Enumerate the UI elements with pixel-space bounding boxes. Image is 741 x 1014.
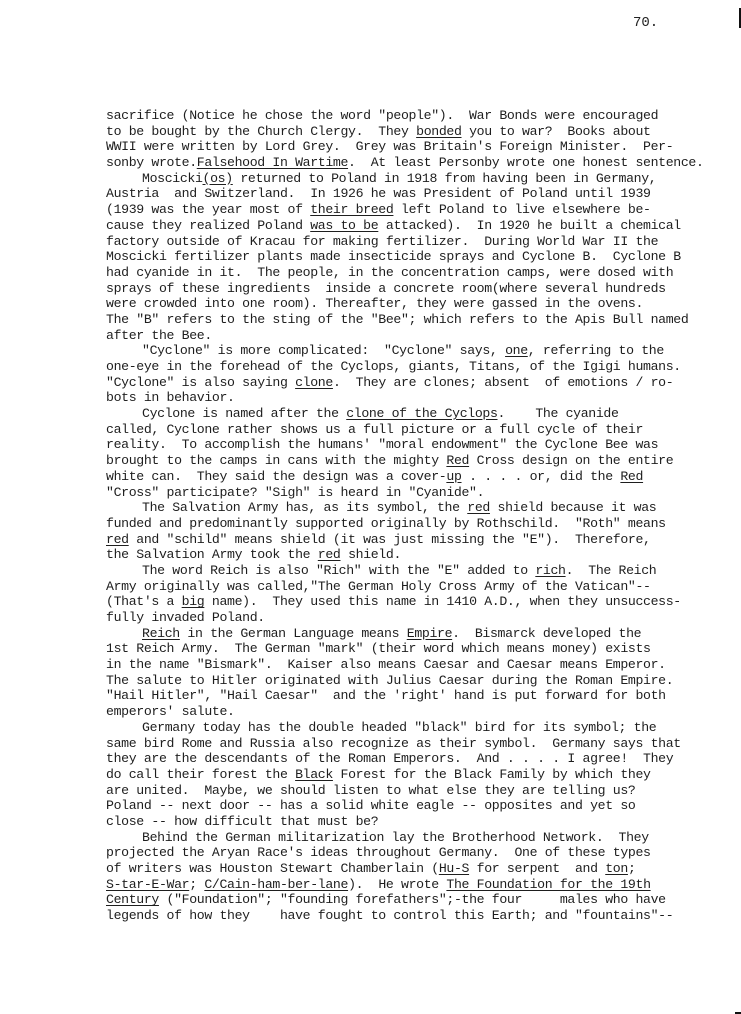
text-segment: close -- how difficult that must be?: [106, 814, 378, 829]
text-segment: of writers was Houston Stewart Chamberla…: [106, 861, 439, 876]
underlined-text: one: [505, 343, 528, 358]
text-segment: . They are clones; absent of emotions / …: [333, 375, 673, 390]
text-line: S-tar-E-War; C/Cain-ham-ber-lane). He wr…: [106, 877, 706, 893]
text-segment: ;: [189, 877, 204, 892]
text-segment: white can. They said the design was a co…: [106, 469, 446, 484]
text-line: emperors' salute.: [106, 704, 706, 720]
text-segment: . The Reich: [566, 563, 657, 578]
text-segment: "Cross" participate? "Sigh" is heard in …: [106, 485, 484, 500]
underlined-text: Reich: [142, 626, 180, 641]
text-line: factory outside of Kracau for making fer…: [106, 234, 706, 250]
body-text: sacrifice (Notice he chose the word "peo…: [106, 108, 706, 924]
underlined-text: Empire: [407, 626, 452, 641]
text-line: The salute to Hitler originated with Jul…: [106, 673, 706, 689]
text-segment: Forest for the Black Family by which the…: [333, 767, 651, 782]
text-line: (That's a big name). They used this name…: [106, 594, 706, 610]
text-line: WWII were written by Lord Grey. Grey was…: [106, 139, 706, 155]
text-segment: ;: [628, 861, 636, 876]
document-page: 70. sacrifice (Notice he chose the word …: [0, 0, 741, 1014]
underlined-text: rich: [535, 563, 565, 578]
text-segment: ). He wrote: [348, 877, 446, 892]
text-line: of writers was Houston Stewart Chamberla…: [106, 861, 706, 877]
underlined-text: clone of the Cyclops: [346, 406, 497, 421]
text-line: "Cyclone" is more complicated: "Cyclone"…: [106, 343, 706, 359]
text-segment: The word Reich is also "Rich" with the "…: [142, 563, 535, 578]
text-segment: called, Cyclone rather shows us a full p…: [106, 422, 643, 437]
text-segment: Army originally was called,"The German H…: [106, 579, 651, 594]
underlined-text: Black: [295, 767, 333, 782]
text-segment: ("Foundation"; "founding forefathers";-t…: [159, 892, 666, 907]
underlined-text: up: [446, 469, 461, 484]
text-segment: to be bought by the Church Clergy. They: [106, 124, 416, 139]
underlined-text: red: [467, 500, 490, 515]
text-line: Army originally was called,"The German H…: [106, 579, 706, 595]
text-segment: Cross design on the entire: [469, 453, 673, 468]
text-segment: The "B" refers to the sting of the "Bee"…: [106, 312, 688, 327]
text-segment: one-eye in the forehead of the Cyclops, …: [106, 359, 681, 374]
text-segment: after the Bee.: [106, 328, 212, 343]
text-line: called, Cyclone rather shows us a full p…: [106, 422, 706, 438]
underlined-text: C/Cain-ham-ber-lane: [204, 877, 348, 892]
text-line: The Salvation Army has, as its symbol, t…: [106, 500, 706, 516]
text-segment: cause they realized Poland: [106, 218, 310, 233]
text-segment: sprays of these ingredients inside a con…: [106, 281, 666, 296]
text-segment: same bird Rome and Russia also recognize…: [106, 736, 681, 751]
text-line: Cyclone is named after the clone of the …: [106, 406, 706, 422]
text-line: The word Reich is also "Rich" with the "…: [106, 563, 706, 579]
text-segment: , referring to the: [528, 343, 664, 358]
text-line: fully invaded Poland.: [106, 610, 706, 626]
text-segment: 1st Reich Army. The German "mark" (their…: [106, 641, 651, 656]
text-segment: WWII were written by Lord Grey. Grey was…: [106, 139, 673, 154]
text-line: close -- how difficult that must be?: [106, 814, 706, 830]
text-line: Moscicki fertilizer plants made insectic…: [106, 249, 706, 265]
underlined-text: Red: [446, 453, 469, 468]
text-line: (1939 was the year most of their breed l…: [106, 202, 706, 218]
text-segment: shield.: [341, 547, 402, 562]
text-line: one-eye in the forehead of the Cyclops, …: [106, 359, 706, 375]
text-line: "Cyclone" is also saying clone. They are…: [106, 375, 706, 391]
text-segment: bots in behavior.: [106, 390, 235, 405]
text-segment: had cyanide in it. The people, in the co…: [106, 265, 673, 280]
text-line: they are the descendants of the Roman Em…: [106, 751, 706, 767]
text-line: "Cross" participate? "Sigh" is heard in …: [106, 485, 706, 501]
underlined-text: (os): [203, 171, 233, 186]
text-line: cause they realized Poland was to be att…: [106, 218, 706, 234]
underlined-text: red: [318, 547, 341, 562]
text-segment: Cyclone is named after the: [142, 406, 346, 421]
text-segment: do call their forest the: [106, 767, 295, 782]
underlined-text: was to be: [310, 218, 378, 233]
text-line: Behind the German militarization lay the…: [106, 830, 706, 846]
text-segment: are united. Maybe, we should listen to w…: [106, 783, 635, 798]
text-line: funded and predominantly supported origi…: [106, 516, 706, 532]
text-segment: were crowded into one room). Thereafter,…: [106, 296, 643, 311]
text-segment: sonby wrote.: [106, 155, 197, 170]
text-line: the Salvation Army took the red shield.: [106, 547, 706, 563]
text-segment: . At least Personby wrote one honest sen…: [348, 155, 704, 170]
text-line: sacrifice (Notice he chose the word "peo…: [106, 108, 706, 124]
text-line: The "B" refers to the sting of the "Bee"…: [106, 312, 706, 328]
text-line: are united. Maybe, we should listen to w…: [106, 783, 706, 799]
text-line: projected the Aryan Race's ideas through…: [106, 845, 706, 861]
text-segment: Behind the German militarization lay the…: [142, 830, 649, 845]
text-line: legends of how they have fought to contr…: [106, 908, 706, 924]
text-segment: . The cyanide: [498, 406, 619, 421]
text-line: Poland -- next door -- has a solid white…: [106, 798, 706, 814]
text-line: same bird Rome and Russia also recognize…: [106, 736, 706, 752]
text-line: white can. They said the design was a co…: [106, 469, 706, 485]
text-segment: name). They used this name in 1410 A.D.,…: [204, 594, 681, 609]
text-segment: for serpent and: [469, 861, 605, 876]
underlined-text: big: [182, 594, 205, 609]
text-segment: in the name "Bismark". Kaiser also means…: [106, 657, 666, 672]
page-number: 70.: [633, 15, 658, 31]
underlined-text: The Foundation for the 19th: [446, 877, 650, 892]
text-segment: sacrifice (Notice he chose the word "peo…: [106, 108, 658, 123]
text-segment: Moscicki fertilizer plants made insectic…: [106, 249, 681, 264]
underlined-text: Hu-S: [439, 861, 469, 876]
text-segment: Germany today has the double headed "bla…: [142, 720, 656, 735]
text-line: after the Bee.: [106, 328, 706, 344]
underlined-text: bonded: [416, 124, 461, 139]
text-segment: projected the Aryan Race's ideas through…: [106, 845, 651, 860]
text-segment: reality. To accomplish the humans' "mora…: [106, 437, 658, 452]
text-segment: left Poland to live elsewhere be-: [393, 202, 650, 217]
text-line: Reich in the German Language means Empir…: [106, 626, 706, 642]
text-segment: (That's a: [106, 594, 182, 609]
text-segment: legends of how they have fought to contr…: [106, 908, 673, 923]
text-line: Germany today has the double headed "bla…: [106, 720, 706, 736]
text-line: do call their forest the Black Forest fo…: [106, 767, 706, 783]
text-line: sonby wrote.Falsehood In Wartime. At lea…: [106, 155, 706, 171]
text-segment: factory outside of Kracau for making fer…: [106, 234, 658, 249]
text-segment: . Bismarck developed the: [452, 626, 641, 641]
underlined-text: Red: [620, 469, 643, 484]
text-line: Austria and Switzerland. In 1926 he was …: [106, 186, 706, 202]
text-segment: in the German Language means: [180, 626, 407, 641]
text-segment: (1939 was the year most of: [106, 202, 310, 217]
underlined-text: S-tar-E-War: [106, 877, 189, 892]
text-segment: attacked). In 1920 he built a chemical: [378, 218, 681, 233]
text-segment: you to war? Books about: [462, 124, 651, 139]
text-line: sprays of these ingredients inside a con…: [106, 281, 706, 297]
text-segment: emperors' salute.: [106, 704, 235, 719]
text-segment: The Salvation Army has, as its symbol, t…: [142, 500, 467, 515]
text-line: reality. To accomplish the humans' "mora…: [106, 437, 706, 453]
text-line: in the name "Bismark". Kaiser also means…: [106, 657, 706, 673]
underlined-text: clone: [295, 375, 333, 390]
text-line: Century ("Foundation"; "founding forefat…: [106, 892, 706, 908]
text-line: were crowded into one room). Thereafter,…: [106, 296, 706, 312]
text-line: 1st Reich Army. The German "mark" (their…: [106, 641, 706, 657]
text-segment: . . . . or, did the: [462, 469, 621, 484]
underlined-text: Falsehood In Wartime: [197, 155, 348, 170]
text-segment: "Hail Hitler", "Hail Caesar" and the 'ri…: [106, 688, 666, 703]
text-segment: fully invaded Poland.: [106, 610, 265, 625]
text-segment: Austria and Switzerland. In 1926 he was …: [106, 186, 651, 201]
text-line: brought to the camps in cans with the mi…: [106, 453, 706, 469]
text-segment: brought to the camps in cans with the mi…: [106, 453, 446, 468]
text-line: "Hail Hitler", "Hail Caesar" and the 'ri…: [106, 688, 706, 704]
text-line: red and "schild" means shield (it was ju…: [106, 532, 706, 548]
underlined-text: ton: [605, 861, 628, 876]
text-segment: and "schild" means shield (it was just m…: [129, 532, 651, 547]
text-segment: returned to Poland in 1918 from having b…: [233, 171, 657, 186]
text-line: had cyanide in it. The people, in the co…: [106, 265, 706, 281]
underlined-text: their breed: [310, 202, 393, 217]
text-segment: they are the descendants of the Roman Em…: [106, 751, 673, 766]
text-segment: funded and predominantly supported origi…: [106, 516, 666, 531]
underlined-text: red: [106, 532, 129, 547]
text-segment: "Cyclone" is also saying: [106, 375, 295, 390]
text-line: to be bought by the Church Clergy. They …: [106, 124, 706, 140]
text-segment: the Salvation Army took the: [106, 547, 318, 562]
underlined-text: Century: [106, 892, 159, 907]
text-line: Moscicki(os) returned to Poland in 1918 …: [106, 171, 706, 187]
text-line: bots in behavior.: [106, 390, 706, 406]
text-segment: The salute to Hitler originated with Jul…: [106, 673, 673, 688]
text-segment: shield because it was: [490, 500, 656, 515]
text-segment: "Cyclone" is more complicated: "Cyclone"…: [142, 343, 505, 358]
text-segment: Poland -- next door -- has a solid white…: [106, 798, 635, 813]
text-segment: Moscicki: [142, 171, 203, 186]
